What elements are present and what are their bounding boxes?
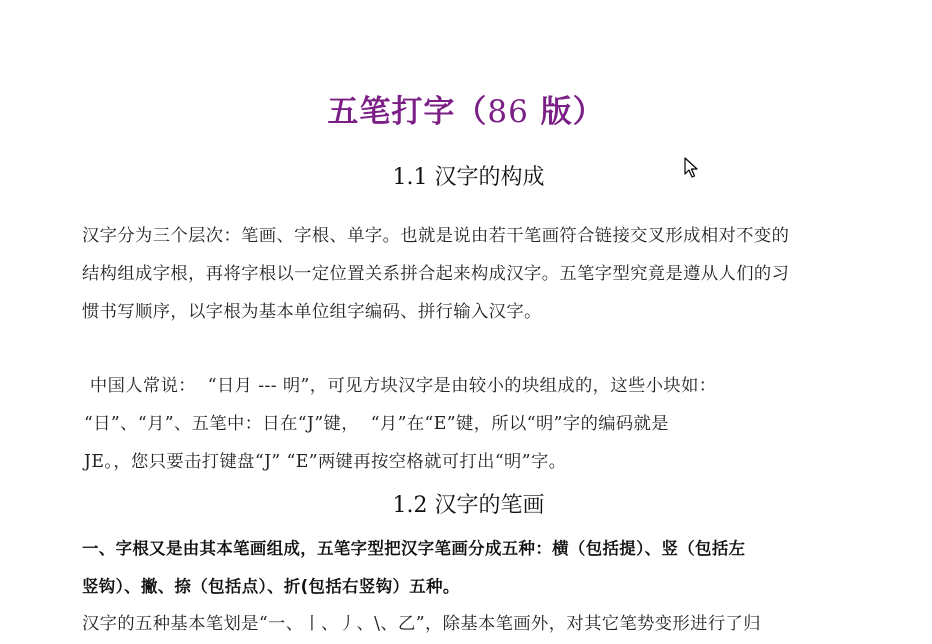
text-line: 惯书写顺序，以字根为基本单位组字编码、拼行输入汉字。	[82, 293, 862, 331]
section-heading-1-1: 1.1 汉字的构成	[0, 160, 932, 191]
paragraph-example: 中国人常说： “日月 --- 明”，可见方块汉字是由较小的块组成的，这些小块如：…	[84, 367, 864, 481]
text-line: JE。，您只要击打键盘“J” “E”两键再按空格就可打出“明”字。	[84, 443, 864, 481]
text-line: 竖钩）、撇、捺（包括点）、折(包括右竖钩）五种。	[82, 568, 862, 606]
text-line: 结构组成字根，再将字根以一定位置关系拼合起来构成汉字。五笔字型究竟是遵从人们的习	[82, 255, 862, 293]
title-prefix: 五笔打字（	[327, 94, 487, 130]
text-line: 中国人常说： “日月 --- 明”，可见方块汉字是由较小的块组成的，这些小块如：	[84, 367, 864, 405]
paragraph-strokes-bold: 一、字根又是由其本笔画组成，五笔字型把汉字笔画分成五种：横（包括提）、竖（包括左…	[82, 530, 862, 606]
document-page: 五笔打字（86 版） 1.1 汉字的构成 汉字分为三个层次：笔画、字根、单字。也…	[0, 0, 932, 644]
paragraph-composition: 汉字分为三个层次：笔画、字根、单字。也就是说由若干笔画符合链接交叉形成相对不变的…	[82, 217, 862, 331]
title-suffix: 版）	[529, 94, 605, 130]
title-version-number: 86	[487, 94, 528, 130]
paragraph-five-strokes: 汉字的五种基本笔划是“一、丨、丿、\、乙”，除基本笔画外，对其它笔势变形进行了归	[82, 605, 862, 643]
text-line: 一、字根又是由其本笔画组成，五笔字型把汉字笔画分成五种：横（包括提）、竖（包括左	[82, 530, 862, 568]
text-line: 汉字分为三个层次：笔画、字根、单字。也就是说由若干笔画符合链接交叉形成相对不变的	[82, 217, 862, 255]
text-line: 汉字的五种基本笔划是“一、丨、丿、\、乙”，除基本笔画外，对其它笔势变形进行了归	[82, 605, 862, 643]
text-line: “日”、“月”、五笔中：日在“J”键， “月”在“E”键，所以“明”字的编码就是	[84, 405, 864, 443]
mouse-pointer-icon	[684, 157, 698, 179]
document-title: 五笔打字（86 版）	[0, 86, 932, 131]
section-heading-1-2: 1.2 汉字的笔画	[0, 488, 932, 519]
